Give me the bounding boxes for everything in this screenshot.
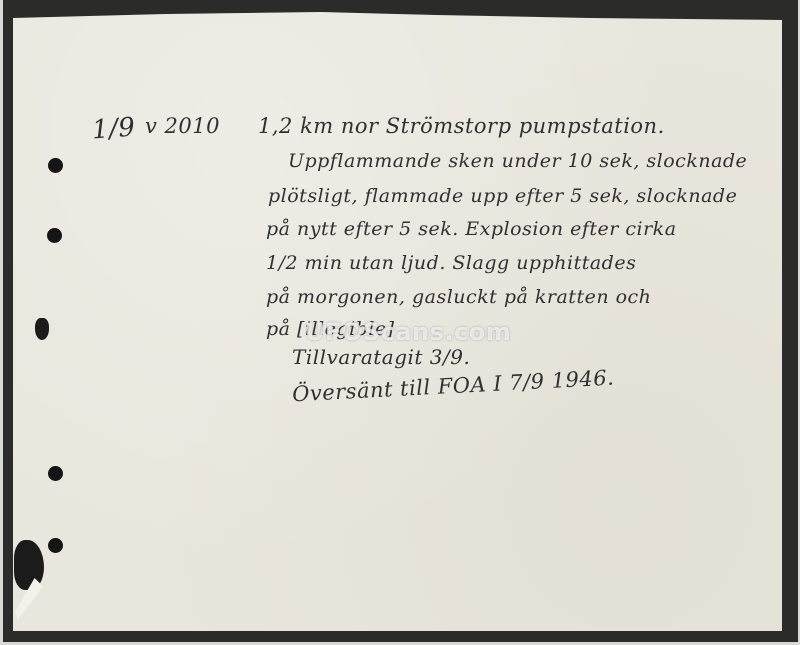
note-line-4: på nytt efter 5 sek. Explosion efter cir… [266,218,677,240]
note-line-1: 1,2 km nor Strömstorp pumpstation. [258,114,665,138]
note-line-3: plötsligt, flammade upp efter 5 sek, slo… [268,185,737,207]
punch-hole-3 [48,466,63,481]
punch-hole-2 [47,228,62,243]
punch-hole-4 [48,538,63,553]
note-line-6: på morgonen, gasluckt på kratten och [266,286,651,308]
ink-stain [14,540,44,590]
footer-line-1: Tillvaratagit 3/9. [292,345,470,369]
margin-code: v 2010 [145,114,220,138]
punch-hole-torn [35,318,49,340]
note-line-2: Uppflammande sken under 10 sek, slocknad… [288,150,747,172]
punch-hole-1 [48,158,63,173]
margin-date: 1/9 [91,113,136,146]
note-line-5: 1/2 min utan ljud. Slagg upphittades [266,252,636,274]
watermark: UFOScans.com [305,318,511,346]
